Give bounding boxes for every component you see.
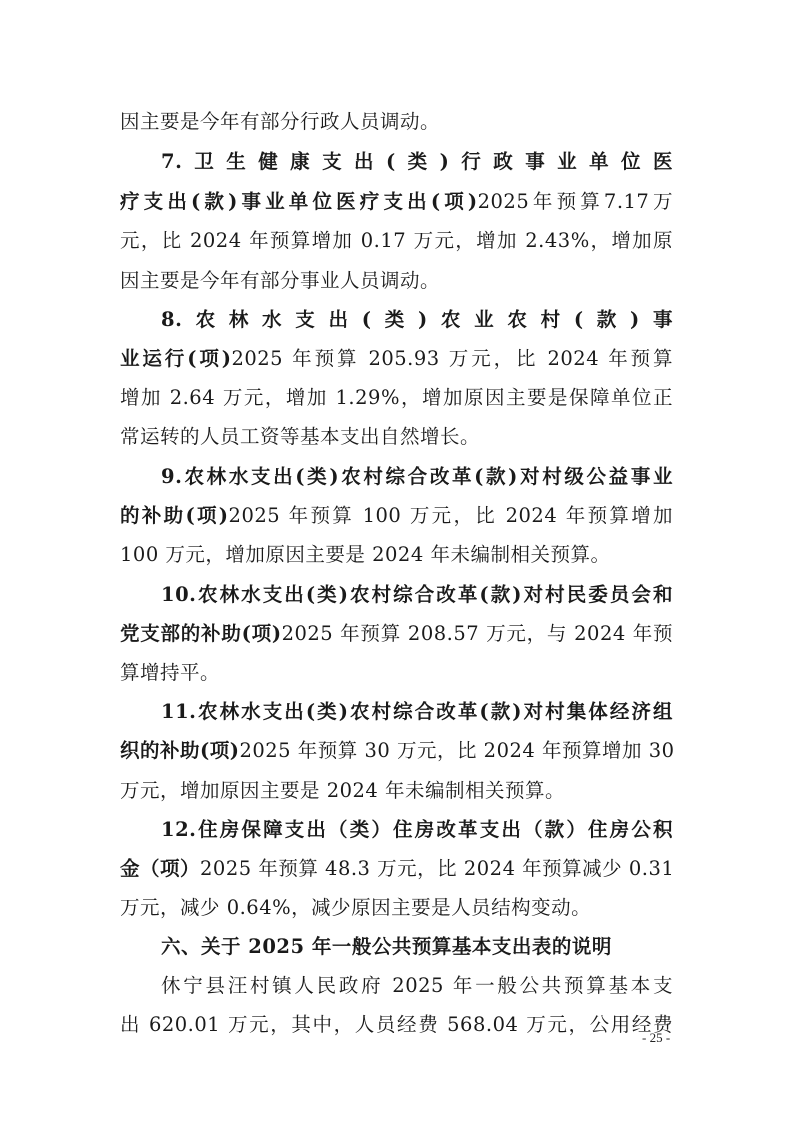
bold-heading-text: 党支部的补助(项) <box>120 622 282 645</box>
paragraph-first-line: 六、关于 2025 年一般公共预算基本支出表的说明 <box>161 934 673 960</box>
text-span: 因主要是今年有部分事业人员调动。 <box>120 269 440 292</box>
text-span: 算增持平。 <box>120 661 220 684</box>
text-line: 万元，增加原因主要是 2024 年未编制相关预算。 <box>120 778 673 804</box>
text-span: 休宁县汪村镇人民政府 2025 年一般公共预算基本支 <box>161 974 673 997</box>
text-span: 2025 年预算 30 万元，比 2024 年预算增加 30 <box>239 739 674 762</box>
page-number: - 25 - <box>642 1030 670 1046</box>
text-line: 党支部的补助(项)2025 年预算 208.57 万元，与 2024 年预 <box>120 621 673 647</box>
text-line: 算增持平。 <box>120 660 673 686</box>
paragraph-first-line: 7.卫生健康支出(类)行政事业单位医 <box>161 149 673 175</box>
bold-heading-text: 六、关于 2025 年一般公共预算基本支出表的说明 <box>161 935 612 958</box>
text-span: 常运转的人员工资等基本支出自然增长。 <box>120 425 480 448</box>
bold-heading-text: 12.住房保障支出（类）住房改革支出（款）住房公积 <box>161 818 673 841</box>
text-line: 金（项）2025 年预算 48.3 万元，比 2024 年预算减少 0.31 <box>120 856 673 882</box>
paragraph-first-line: 休宁县汪村镇人民政府 2025 年一般公共预算基本支 <box>161 973 673 999</box>
paragraph-first-line: 10.农林水支出(类)农村综合改革(款)对村民委员会和 <box>161 582 673 608</box>
bold-heading-text: 9.农林水支出(类)农村综合改革(款)对村级公益事业 <box>161 465 673 488</box>
bold-heading-text: 业运行(项) <box>120 347 231 370</box>
text-line: 增加 2.64 万元，增加 1.29%，增加原因主要是保障单位正 <box>120 385 673 411</box>
text-line: 疗支出(款)事业单位医疗支出(项)2025年预算7.17万 <box>120 189 673 215</box>
text-span: 万元，减少 0.64%，减少原因主要是人员结构变动。 <box>120 896 591 919</box>
text-line: 100 万元，增加原因主要是 2024 年未编制相关预算。 <box>120 542 673 568</box>
paragraph-first-line: 8.农林水支出(类)农业农村(款)事 <box>161 307 673 333</box>
bold-heading-text: 8.农林水支出(类)农业农村(款)事 <box>161 308 673 331</box>
bold-heading-text: 7.卫生健康支出(类)行政事业单位医 <box>161 150 673 173</box>
text-span: 2025 年预算 48.3 万元，比 2024 年预算减少 0.31 <box>200 857 674 880</box>
text-span: 增加 2.64 万元，增加 1.29%，增加原因主要是保障单位正 <box>120 386 673 409</box>
paragraph-first-line: 11.农林水支出(类)农村综合改革(款)对村集体经济组 <box>161 699 673 725</box>
bold-heading-text: 10.农林水支出(类)农村综合改革(款)对村民委员会和 <box>161 583 673 606</box>
text-line: 织的补助(项)2025 年预算 30 万元，比 2024 年预算增加 30 <box>120 738 673 764</box>
paragraph-first-line: 9.农林水支出(类)农村综合改革(款)对村级公益事业 <box>161 464 673 490</box>
text-line: 的补助(项)2025 年预算 100 万元，比 2024 年预算增加 <box>120 503 673 529</box>
text-span: 出 620.01 万元，其中，人员经费 568.04 万元，公用经费 <box>120 1013 673 1036</box>
text-line: 元，比 2024 年预算增加 0.17 万元，增加 2.43%，增加原 <box>120 228 673 254</box>
text-line: 常运转的人员工资等基本支出自然增长。 <box>120 424 673 450</box>
text-span: 2025 年预算 100 万元，比 2024 年预算增加 <box>229 504 673 527</box>
document-page: 因主要是今年有部分行政人员调动。7.卫生健康支出(类)行政事业单位医疗支出(款)… <box>0 0 793 1122</box>
text-line: 业运行(项)2025 年预算 205.93 万元，比 2024 年预算 <box>120 346 673 372</box>
text-line: 因主要是今年有部分事业人员调动。 <box>120 268 673 294</box>
text-span: 万元，增加原因主要是 2024 年未编制相关预算。 <box>120 779 565 802</box>
bold-heading-text: 金（项） <box>120 857 200 880</box>
bold-heading-text: 疗支出(款)事业单位医疗支出(项) <box>120 190 478 213</box>
text-span: 因主要是今年有部分行政人员调动。 <box>120 110 440 133</box>
text-line: 因主要是今年有部分行政人员调动。 <box>120 109 673 135</box>
text-span: 2025年预算7.17万 <box>478 190 673 213</box>
text-line: 万元，减少 0.64%，减少原因主要是人员结构变动。 <box>120 895 673 921</box>
text-span: 元，比 2024 年预算增加 0.17 万元，增加 2.43%，增加原 <box>120 229 673 252</box>
bold-heading-text: 的补助(项) <box>120 504 229 527</box>
bold-heading-text: 11.农林水支出(类)农村综合改革(款)对村集体经济组 <box>161 700 673 723</box>
text-span: 2025 年预算 208.57 万元，与 2024 年预 <box>282 622 673 645</box>
text-span: 2025 年预算 205.93 万元，比 2024 年预算 <box>231 347 673 370</box>
text-span: 100 万元，增加原因主要是 2024 年未编制相关预算。 <box>120 543 610 566</box>
bold-heading-text: 织的补助(项) <box>120 739 239 762</box>
text-line: 出 620.01 万元，其中，人员经费 568.04 万元，公用经费 <box>120 1012 673 1038</box>
paragraph-first-line: 12.住房保障支出（类）住房改革支出（款）住房公积 <box>161 817 673 843</box>
